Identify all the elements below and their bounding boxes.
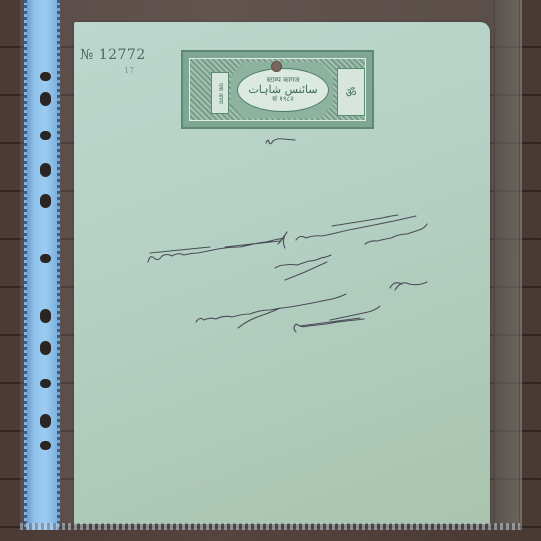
handwritten-signature bbox=[294, 306, 380, 332]
handwritten-line-2 bbox=[296, 215, 427, 244]
handwriting-layer bbox=[0, 0, 541, 541]
handwritten-line-1 bbox=[148, 236, 284, 262]
handwritten-top-mark bbox=[266, 139, 295, 144]
handwritten-line-3 bbox=[275, 255, 331, 280]
handwritten-line-4 bbox=[196, 282, 427, 328]
sleeve-bottom-edge bbox=[20, 523, 520, 530]
